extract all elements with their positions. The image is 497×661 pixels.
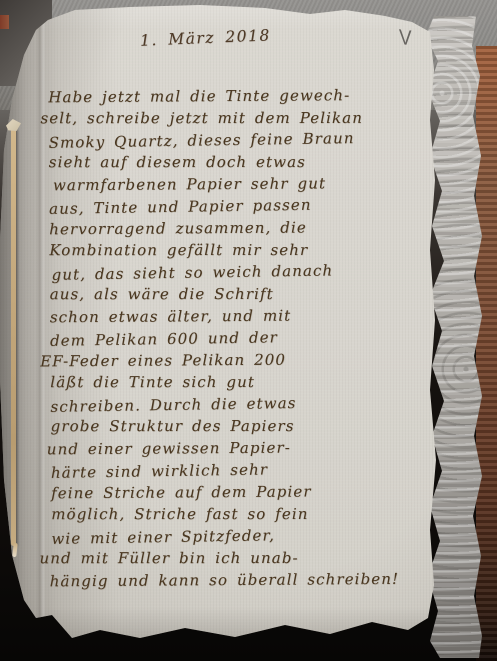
- handwriting-line: Habe jetzt mal die Tinte gewech-: [48, 84, 410, 109]
- handwriting-line: hängig und kann so überall schreiben!: [50, 568, 414, 593]
- date-heading: 1. März 2018: [140, 26, 271, 49]
- handwriting-line: läßt die Tinte sich gut: [50, 371, 412, 393]
- handwriting-line: gut, das sieht so weich danach: [51, 258, 411, 286]
- handwriting-line: Kombination gefällt mir sehr: [49, 239, 411, 261]
- handwriting-line: aus, als wäre die Schrift: [50, 283, 412, 305]
- handwriting-line: möglich, Striche fast so fein: [51, 503, 413, 525]
- handwriting-line: selt, schreibe jetzt mit dem Pelikan: [40, 107, 410, 129]
- journal-photo: V 1. März 2018 Habe jetzt mal die Tinte …: [0, 0, 497, 661]
- handwriting-line: grobe Struktur des Papiers: [51, 415, 413, 437]
- handwriting-line: Smoky Quartz, dieses feine Braun: [48, 126, 410, 154]
- pencil-page-mark: V: [399, 26, 412, 52]
- handwriting-line: wie mit einer Spitzfeder,: [51, 522, 413, 550]
- book-cover-edge: [476, 46, 497, 661]
- book-cover-sliver: [0, 15, 9, 29]
- handwriting-line: EF-Feder eines Pelikan 200: [40, 348, 412, 373]
- journal-page: V 1. März 2018 Habe jetzt mal die Tinte …: [0, 0, 497, 661]
- binding-thread: [11, 128, 16, 546]
- handwriting-line: feine Striche auf dem Papier: [51, 480, 413, 505]
- handwriting-line: hervorragend zusammen, die: [49, 216, 411, 241]
- handwriting-line: sieht auf diesem doch etwas: [49, 151, 411, 173]
- handwriting-block: Habe jetzt mal die Tinte gewech- selt, s…: [48, 84, 414, 593]
- handwriting-line: schreiben. Durch die etwas: [50, 390, 412, 418]
- handwriting-line: und mit Füller bin ich unab-: [40, 547, 414, 569]
